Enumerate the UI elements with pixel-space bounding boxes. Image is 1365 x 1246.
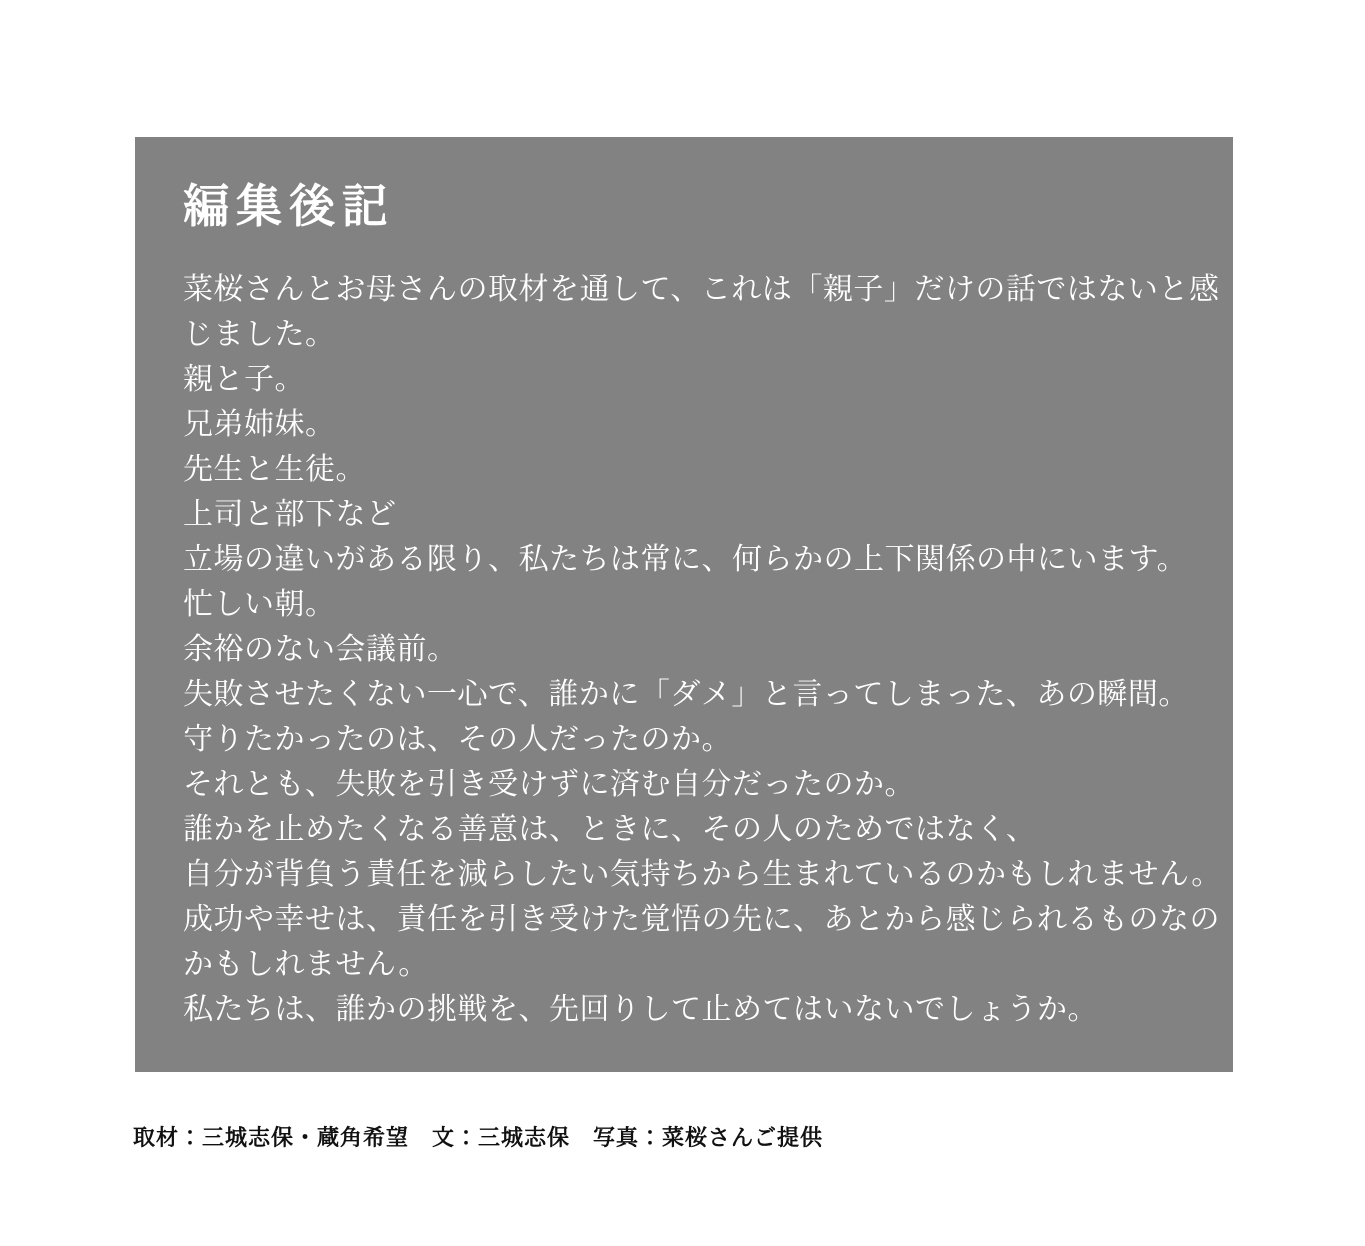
body-line: 私たちは、誰かの挑戦を、先回りして止めてはいないでしょうか。 [183, 987, 1191, 1032]
body-line: かもしれません。 [183, 942, 1191, 987]
body-line: 先生と生徒。 [183, 447, 1191, 492]
body-line: じました。 [183, 312, 1191, 357]
body-line: 誰かを止めたくなる善意は、ときに、その人のためではなく、 [183, 807, 1191, 852]
editor-note-panel: 編集後記 菜桜さんとお母さんの取材を通して、これは「親子」だけの話ではないと感じ… [135, 137, 1233, 1072]
editor-note-body: 菜桜さんとお母さんの取材を通して、これは「親子」だけの話ではないと感じました。親… [183, 267, 1191, 1032]
body-line: 余裕のない会議前。 [183, 627, 1191, 672]
body-line: 上司と部下など [183, 492, 1191, 537]
body-line: それとも、失敗を引き受けずに済む自分だったのか。 [183, 762, 1191, 807]
credits-line: 取材：三城志保・蔵角希望 文：三城志保 写真：菜桜さんご提供 [133, 1121, 823, 1152]
body-line: 守りたかったのは、その人だったのか。 [183, 717, 1191, 762]
body-line: 兄弟姉妹。 [183, 402, 1191, 447]
body-line: 忙しい朝。 [183, 582, 1191, 627]
body-line: 成功や幸せは、責任を引き受けた覚悟の先に、あとから感じられるものなの [183, 897, 1191, 942]
body-line: 親と子。 [183, 357, 1191, 402]
page-title: 編集後記 [183, 179, 1191, 234]
body-line: 自分が背負う責任を減らしたい気持ちから生まれているのかもしれません。 [183, 852, 1191, 897]
body-line: 菜桜さんとお母さんの取材を通して、これは「親子」だけの話ではないと感 [183, 267, 1191, 312]
body-line: 立場の違いがある限り、私たちは常に、何らかの上下関係の中にいます。 [183, 537, 1191, 582]
body-line: 失敗させたくない一心で、誰かに「ダメ」と言ってしまった、あの瞬間。 [183, 672, 1191, 717]
